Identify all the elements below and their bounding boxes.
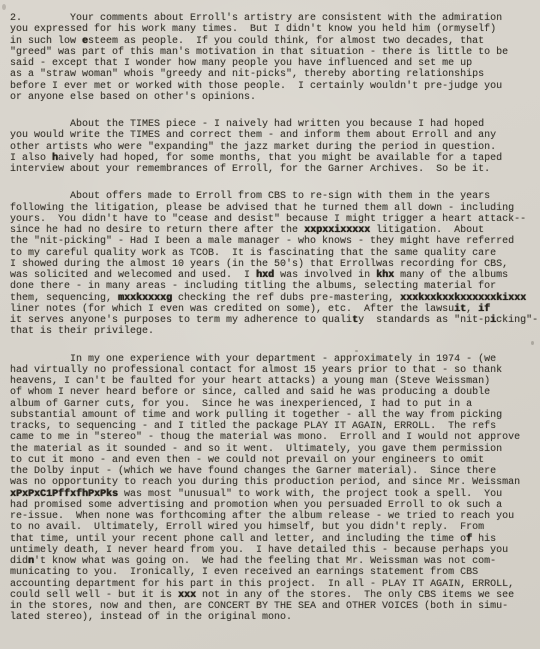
overtyped-correction: n [28, 556, 34, 567]
text-line: About the TIMES piece - I naively had wr… [10, 119, 532, 130]
text-line: to no avail. Ultimately, Erroll wired yo… [10, 522, 532, 533]
text-line: liner notes (for which I even was credit… [10, 304, 532, 315]
text-line: them, sequencing, mxxkxxxxg checking the… [10, 293, 532, 304]
text-line: xPxPxC1PffxfhPxPks was most "unusual" to… [10, 489, 532, 500]
text-line: before I ever met or worked with those p… [10, 81, 532, 92]
text-line: in such low esteem as people. If you cou… [10, 36, 532, 47]
letter-page: 2. Your comments about Erroll's artistry… [0, 0, 540, 649]
text-line: I showed during the almost 10 years (in … [10, 259, 532, 270]
text-line: was solicited and welecomed and used. I … [10, 270, 532, 281]
text-line: other artists who were "expanding" the j… [10, 142, 532, 153]
text-line: of whom I never heard before or since, c… [10, 387, 532, 398]
text-line: to cut it mono - and even then - we coul… [10, 455, 532, 466]
text-line: untimely death, I never heard from you. … [10, 545, 532, 556]
text-line: it serves anyone's purposes to term my a… [10, 315, 532, 326]
text-line: About offers made to Erroll from CBS to … [10, 191, 532, 202]
text-line: in the stores, now and then, are CONCERT… [10, 601, 532, 612]
text-line: to my careful quality work as TCOB. It i… [10, 248, 532, 259]
text-line: came to me in "stereo" - thoug the mater… [10, 432, 532, 443]
text-line: could sell well - but it is xxx not in a… [10, 590, 532, 601]
text-line: the Dolby input - (which we have found c… [10, 466, 532, 477]
overtyped-correction: t [352, 315, 358, 326]
text-line: had virtually no professional contact fo… [10, 365, 532, 376]
paragraph: 2. Your comments about Erroll's artistry… [10, 13, 532, 103]
paper-speck [2, 4, 6, 10]
text-line: album of Garner cuts, for you. Since he … [10, 399, 532, 410]
text-line: said - except that I wonder how many peo… [10, 58, 532, 69]
text-line: following the litigation, please be advi… [10, 203, 532, 214]
text-line: heavens, I can't be faulted for your hea… [10, 376, 532, 387]
text-line: In my one experience with your departmen… [10, 354, 532, 365]
text-line: lated stereo), instead of in the origina… [10, 612, 532, 623]
overtyped-correction: xxpxxixxxxx [304, 225, 370, 236]
text-line: you expressed for his work many times. B… [10, 24, 532, 35]
text-line: the material as it sounded - and so it w… [10, 444, 532, 455]
overtyped-correction: if [478, 304, 490, 315]
text-line: the "nit-picking" - Had I been a male ma… [10, 236, 532, 247]
paragraph: About the TIMES piece - I naively had wr… [10, 119, 532, 175]
letter-text: 2. Your comments about Erroll's artistry… [10, 13, 532, 624]
overtyped-correction: f [466, 534, 472, 545]
text-line: since he had no desire to return there a… [10, 225, 532, 236]
overtyped-correction: it [454, 304, 466, 315]
overtyped-correction: khx [376, 270, 394, 281]
text-line: was no opportunity to reach you during t… [10, 477, 532, 488]
text-line: that time, until your recent phone call … [10, 534, 532, 545]
text-line: as a "straw woman" whois "greedy and nit… [10, 69, 532, 80]
text-line: you would write the TIMES and correct th… [10, 130, 532, 141]
text-line: substantial amount of time and work pull… [10, 410, 532, 421]
text-line: that is their privilege. [10, 326, 532, 337]
overtyped-correction: xxxkxxkxxkxxxxxxkixxx [400, 293, 526, 304]
overtyped-correction: hxd [256, 270, 274, 281]
text-line: or anyone else based on other's opinions… [10, 92, 532, 103]
overtyped-correction: xxx [178, 590, 196, 601]
text-line: re-issue. When none was forthcoming afte… [10, 511, 532, 522]
text-line: had promised some advertising and promot… [10, 500, 532, 511]
paper-speck [355, 350, 358, 352]
overtyped-correction: h [52, 153, 58, 164]
paragraph: In my one experience with your departmen… [10, 354, 532, 624]
overtyped-correction: xPxPxC1PffxfhPxPks [10, 489, 118, 500]
overtyped-correction: i [490, 315, 496, 326]
overtyped-correction: e [82, 36, 88, 47]
text-line: done there - in many areas - including t… [10, 281, 532, 292]
overtyped-correction: mxxkxxxxg [118, 293, 172, 304]
text-line: "greed" was part of this man's motivatio… [10, 47, 532, 58]
text-line: interview about your remembrances of Err… [10, 164, 532, 175]
text-line: 2. Your comments about Erroll's artistry… [10, 13, 532, 24]
paragraph: About offers made to Erroll from CBS to … [10, 191, 532, 337]
text-line: accounting department for his part in th… [10, 579, 532, 590]
text-line: municating to you. Ironically, I even re… [10, 567, 532, 578]
paper-speck [531, 341, 534, 345]
text-line: tracks, to sequencing - and I titled the… [10, 421, 532, 432]
text-line: didn't know what was going on. We had th… [10, 556, 532, 567]
text-line: yours. You didn't have to "cease and des… [10, 214, 532, 225]
text-line: I also haively had hoped, for some month… [10, 153, 532, 164]
